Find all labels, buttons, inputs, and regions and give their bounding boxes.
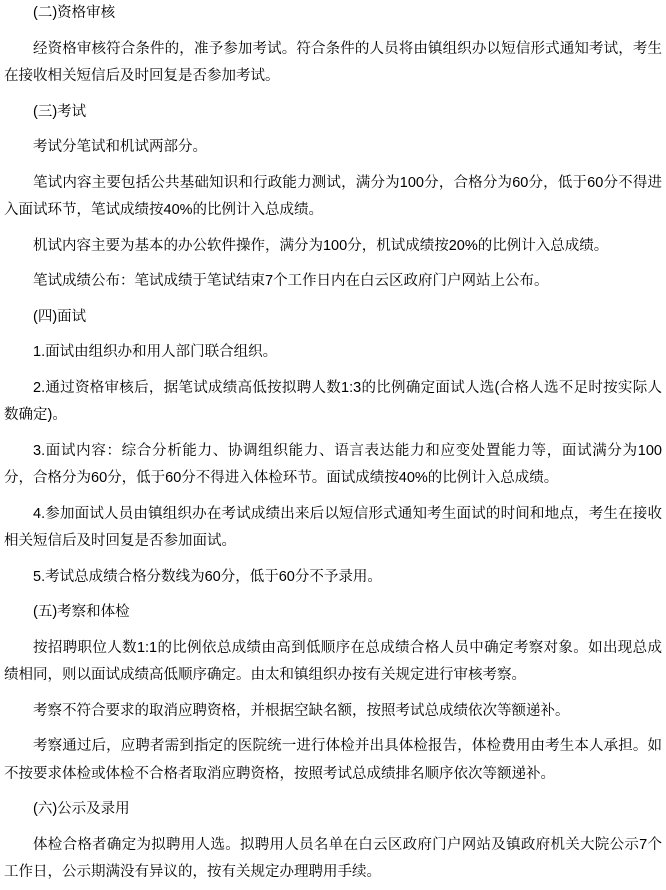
paragraph: 按招聘职位人数1:1的比例依总成绩由高到低顺序在总成绩合格人员中确定考察对象。如… bbox=[4, 635, 662, 690]
paragraph: 1.面试由组织办和用人部门联合组织。 bbox=[4, 339, 662, 367]
paragraph: 笔试成绩公布：笔试成绩于笔试结束7个工作日内在白云区政府门户网站上公布。 bbox=[4, 268, 662, 296]
paragraph: 考察通过后，应聘者需到指定的医院统一进行体检并出具体检报告，体检费用由考生本人承… bbox=[4, 733, 662, 788]
document-body: (二)资格审核 经资格审核符合条件的，准予参加考试。符合条件的人员将由镇组织办以… bbox=[0, 0, 666, 887]
paragraph: 5.考试总成绩合格分数线为60分，低于60分不予录用。 bbox=[4, 564, 662, 592]
paragraph: 3.面试内容：综合分析能力、协调组织能力、语言表达能力和应变处置能力等，面试满分… bbox=[4, 438, 662, 493]
paragraph: 体检合格者确定为拟聘用人选。拟聘用人员名单在白云区政府门户网站及镇政府机关大院公… bbox=[4, 832, 662, 887]
paragraph: 2.通过资格审核后，据笔试成绩高低按拟聘人数1:3的比例确定面试人选(合格人选不… bbox=[4, 375, 662, 430]
paragraph: 经资格审核符合条件的，准予参加考试。符合条件的人员将由镇组织办以短信形式通知考试… bbox=[4, 36, 662, 91]
section-heading-qualification-review: (二)资格审核 bbox=[4, 0, 662, 28]
section-heading-publicity-employment: (六)公示及录用 bbox=[4, 796, 662, 824]
document-page: { "colors": { "background": "#ffffff", "… bbox=[0, 0, 666, 890]
paragraph: 机试内容主要为基本的办公软件操作，满分为100分，机试成绩按20%的比例计入总成… bbox=[4, 233, 662, 261]
paragraph: 4.参加面试人员由镇组织办在考试成绩出来后以短信形式通知考生面试的时间和地点，考… bbox=[4, 501, 662, 556]
paragraph: 考察不符合要求的取消应聘资格，并根据空缺名额，按照考试总成绩依次等额递补。 bbox=[4, 698, 662, 726]
paragraph: 笔试内容主要包括公共基础知识和行政能力测试，满分为100分，合格分为60分，低于… bbox=[4, 170, 662, 225]
section-heading-exam: (三)考试 bbox=[4, 99, 662, 127]
section-heading-inspection-physical: (五)考察和体检 bbox=[4, 599, 662, 627]
section-heading-interview: (四)面试 bbox=[4, 304, 662, 332]
paragraph: 考试分笔试和机试两部分。 bbox=[4, 134, 662, 162]
